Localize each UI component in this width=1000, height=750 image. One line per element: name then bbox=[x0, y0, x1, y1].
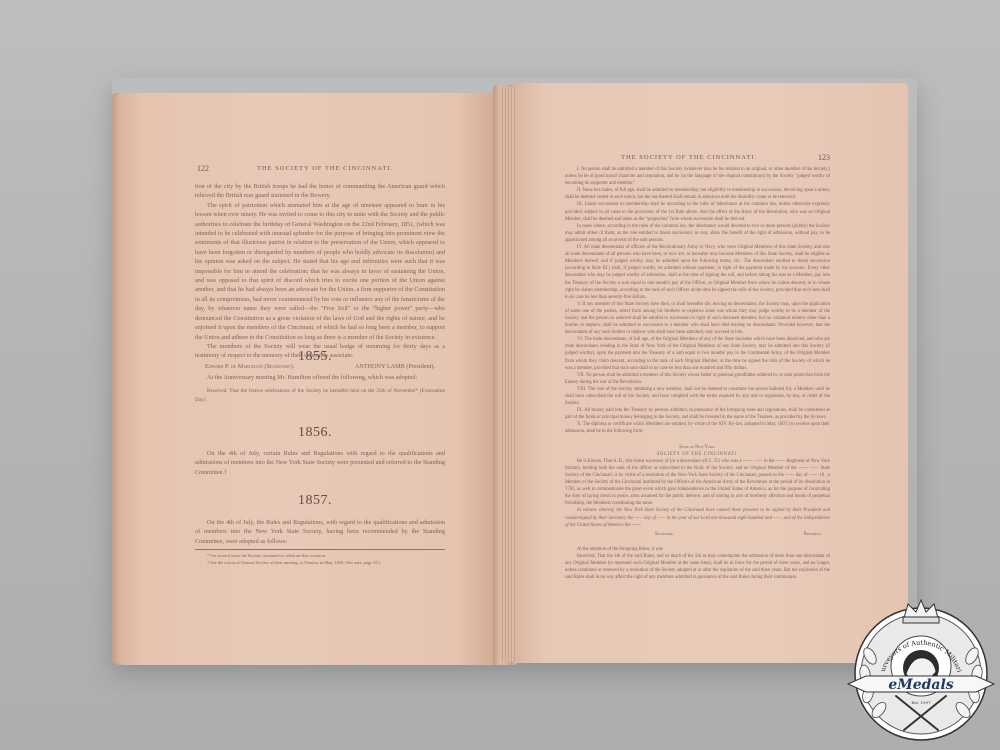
rule-item: VI. The male descendants, of full age, o… bbox=[565, 336, 830, 371]
secretary-signature: Edward P. de Marcellin (Secretary). bbox=[205, 362, 294, 371]
resolution: Resolved, That the festive celebrations … bbox=[195, 387, 445, 403]
left-page: 122 THE SOCIETY OF THE CINCINNATI. tion … bbox=[118, 93, 495, 665]
closing-paragraph: At the adoption of the foregoing Rules, … bbox=[565, 546, 830, 553]
section-1857-text: On the 4th of July, the Rules and Regula… bbox=[195, 518, 445, 566]
form-secretary: Secretary. bbox=[655, 531, 674, 538]
crown-icon bbox=[903, 600, 939, 623]
year-heading-1855: 1855. bbox=[298, 349, 332, 365]
form-state: State of New-York. bbox=[565, 444, 830, 451]
rule-item: I. No person shall be admitted a member … bbox=[565, 166, 830, 187]
left-running-head: THE SOCIETY OF THE CINCINNATI. bbox=[257, 165, 393, 172]
section-1855-text: At the Anniversary meeting Mr. Hamilton … bbox=[195, 373, 445, 404]
right-page: THE SOCIETY OF THE CINCINNATI. 123 I. No… bbox=[515, 83, 908, 663]
footnote: † See the action of General Society at t… bbox=[195, 560, 445, 566]
rule-item: VIII. The vote of the Society admitting … bbox=[565, 386, 830, 407]
rule-item: II. None but males, of full age, shall b… bbox=[565, 187, 830, 201]
paragraph: On the 4th of July, the Rules and Regula… bbox=[195, 518, 445, 546]
right-folio: 123 bbox=[818, 153, 830, 162]
rule-item: VII. No person shall be admitted a membe… bbox=[565, 372, 830, 386]
brand-text: eMedals bbox=[888, 677, 953, 693]
year-heading-1857: 1857. bbox=[298, 493, 332, 509]
paragraph: At the Anniversary meeting Mr. Hamilton … bbox=[195, 373, 445, 382]
form-witness: In witness whereof, the New York State S… bbox=[565, 507, 830, 528]
form-president: President. bbox=[804, 531, 822, 538]
emedals-watermark: Purveyors of Authentic Militaria eMedals… bbox=[846, 596, 996, 746]
section-1856-text: On the 4th of July, certain Rules and Re… bbox=[195, 449, 445, 477]
left-body-text: tion of the city by the British troops h… bbox=[195, 182, 445, 371]
paragraph: tion of the city by the British troops h… bbox=[195, 182, 445, 201]
year-heading-1856: 1856. bbox=[298, 425, 332, 441]
rule-item: III. Lineal succession to membership sha… bbox=[565, 201, 830, 222]
closing-resolution: Resolved, That the 4th of the said Rules… bbox=[565, 553, 830, 581]
form-title: SOCIETY OF THE CINCINNATI. bbox=[565, 451, 830, 458]
paragraph: On the 4th of July, certain Rules and Re… bbox=[195, 449, 445, 477]
left-folio: 122 bbox=[197, 164, 209, 173]
president-signature: ANTHONY LAMB (President). bbox=[355, 362, 435, 371]
rule-item: V. If any member of this State Society h… bbox=[565, 301, 830, 336]
right-running-head: THE SOCIETY OF THE CINCINNATI. bbox=[621, 154, 757, 161]
rule-item: In cases where, according to the rules o… bbox=[565, 223, 830, 244]
form-signature-row: Secretary. President. bbox=[565, 529, 830, 538]
rule-item: IV. All male descendants of officers of … bbox=[565, 244, 830, 301]
footnote-rule bbox=[195, 549, 445, 550]
rules-text: I. No person shall be admitted a member … bbox=[565, 166, 830, 581]
established-text: Est. 1997 bbox=[911, 700, 931, 705]
rule-item: IX. All money paid into the Treasury by … bbox=[565, 407, 830, 421]
paragraph: The spirit of patriotism which animated … bbox=[195, 201, 445, 342]
form-body: Be it Known, That A. B., (the lineal suc… bbox=[565, 458, 830, 508]
emedals-logo-icon: Purveyors of Authentic Militaria eMedals… bbox=[846, 596, 996, 746]
rule-item: X. The diploma or certificate which Memb… bbox=[565, 421, 830, 435]
